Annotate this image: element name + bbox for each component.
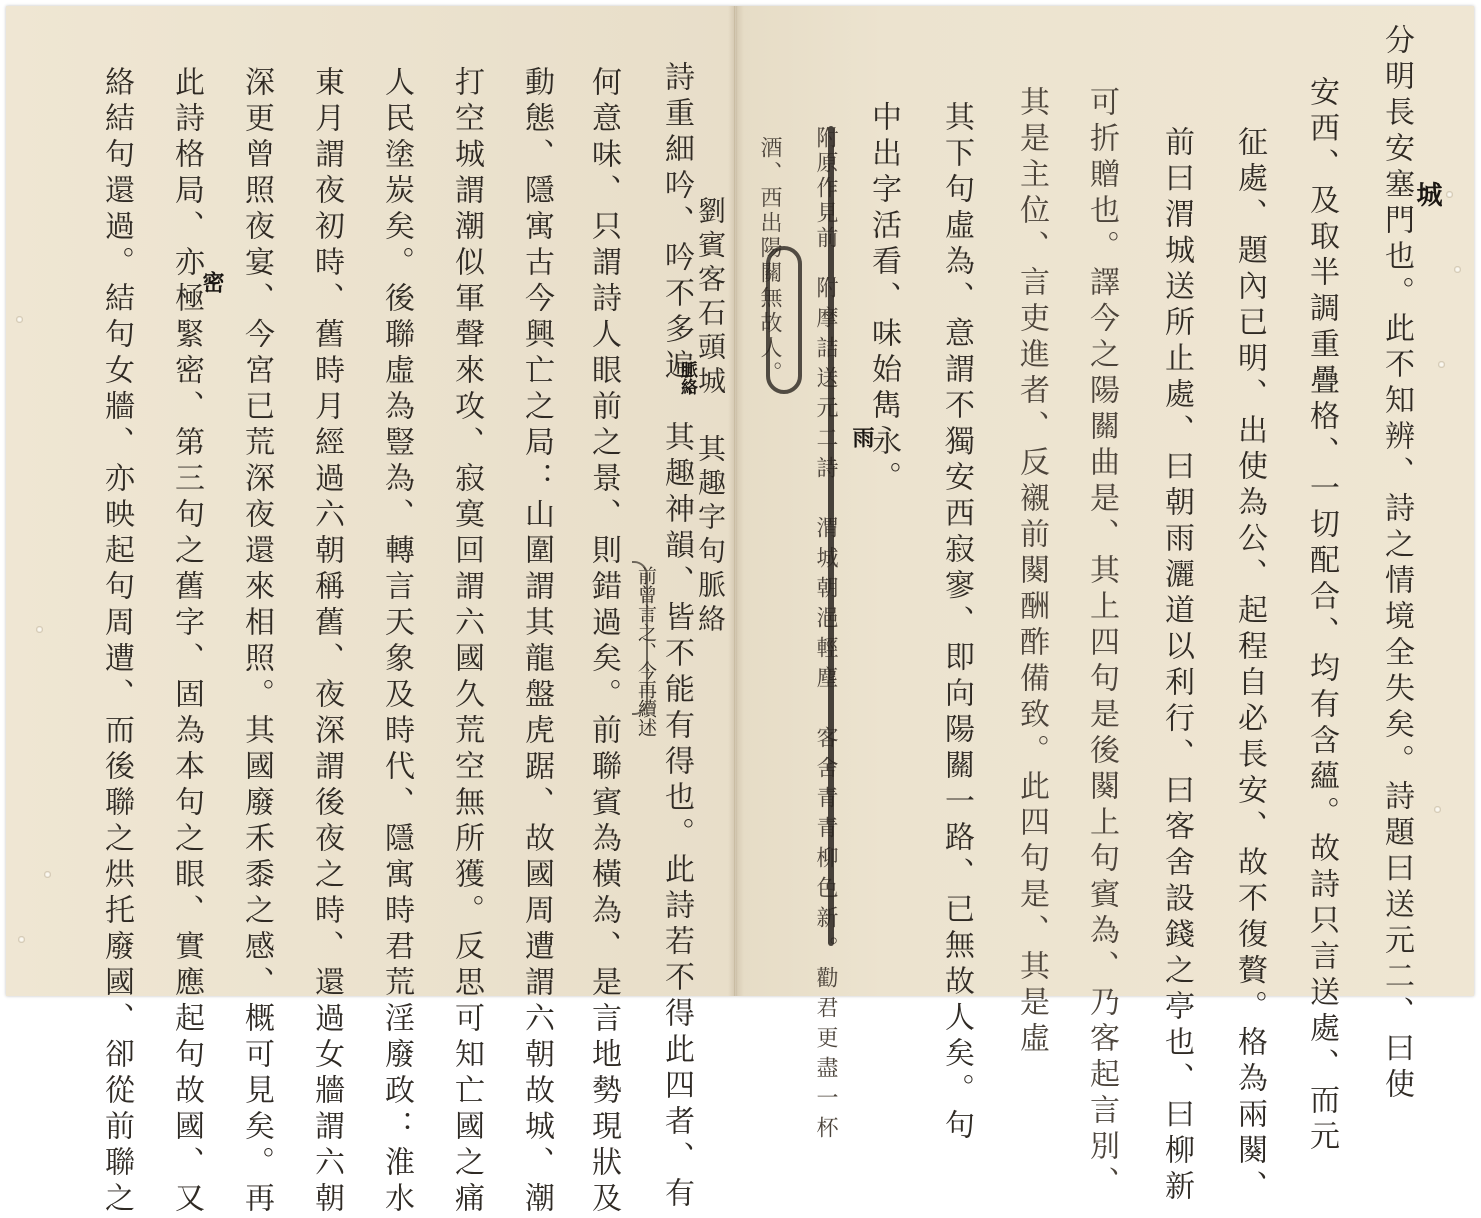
binding-hole: [36, 626, 43, 633]
text-column: 前曰渭城送所止處、曰朝雨灑道以利行、曰客舍設錢之亭也、曰柳新: [1161, 126, 1191, 1000]
text-column: 人民塗炭矣。後聯虛為豎為、轉言天象及時代、隱寓時君荒淫廢政：淮水: [381, 66, 411, 1000]
text-column: 何意味、只謂詩人眼前之景、則錯過矣。前聯賓為橫為、是言地勢現狀及: [588, 66, 618, 1000]
text-column: 東月謂夜初時、舊時月經過六朝稱舊、夜深謂後夜之時、還過女牆謂六朝: [311, 66, 341, 1000]
binding-hole: [1454, 266, 1461, 273]
text-column: 其是主位、言吏進者、反襯前闋酬酢備致。此四句是、其是虛: [1016, 86, 1046, 1000]
binding-hole: [18, 936, 25, 943]
binding-hole: [1438, 361, 1445, 368]
text-column: 安西、及取半調重疊格、一切配合、均有含蘊。故詩只言送處、而元: [1306, 76, 1336, 1000]
struck-loop: [766, 246, 802, 394]
text-column: 可折贈也。譯今之陽關曲是、其上四句是後闋上句賓為、乃客起言別、: [1086, 86, 1116, 1000]
text-column: 征處、題內已明、出使為公、起程自必長安、故不復贅。格為兩闋、: [1234, 126, 1264, 1000]
text-column: 詩重細吟、吟不多遍、其趣神韻、皆不能有得也。此詩若不得此四者、有: [661, 61, 691, 1000]
manuscript-spread: 分明長安塞門也。此不知辨、詩之情境全失矣。詩題曰送元二、曰使 城 安西、及取半調…: [6, 6, 1474, 996]
text-column: 此詩格局、亦極緊密、第三句之舊字、固為本句之眼、實應起句故國、又: [171, 66, 201, 1000]
margin-correction: 城: [1414, 181, 1440, 207]
text-column: 絡結句還過。結句女牆、亦映起句周遭、而後聯之烘托廢國、卻從前聯之: [101, 66, 131, 1000]
insert-bracket: [632, 561, 648, 715]
text-column: 動態、隱寓古今興亡之局：山圍謂其龍盤虎踞、故國周遭謂六朝故城、潮: [521, 66, 551, 1000]
text-column: 深更曾照夜宴、今宮已荒深夜還來相照。其國廢禾黍之感、概可見矣。再: [241, 66, 271, 1000]
text-column: 其下句虛為、意謂不獨安西寂寥、即向陽關一路、已無故人矣。句: [941, 101, 971, 1000]
book-gutter: [728, 6, 744, 996]
section-heading: 劉賓客石頭城 其趣字句脈絡: [696, 196, 724, 638]
binding-hole: [44, 871, 51, 878]
strike-through-line: [828, 126, 834, 946]
insert-mark: 雨: [851, 426, 873, 448]
binding-hole: [16, 316, 23, 323]
binding-hole: [1434, 806, 1441, 813]
interlinear-note: 脈絡: [678, 361, 695, 395]
binding-hole: [1446, 191, 1453, 198]
text-column: 打空城謂潮似軍聲來攻、寂寞回謂六國久荒空無所獲。反思可知亡國之痛: [451, 66, 481, 1000]
text-column: 分明長安塞門也。此不知辨、詩之情境全失矣。詩題曰送元二、曰使: [1381, 24, 1411, 1000]
margin-correction: 密: [201, 271, 223, 293]
